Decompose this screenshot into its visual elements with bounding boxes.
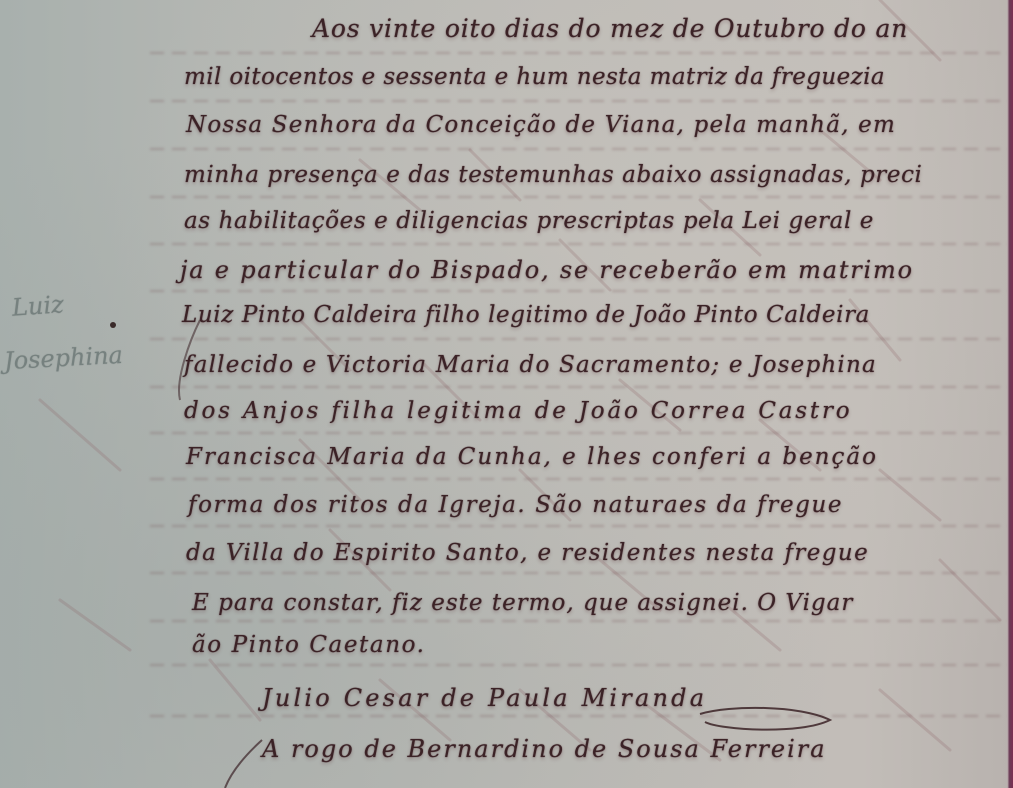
document-page: Luiz Josephina Aos vinte oito dias do me…: [0, 0, 1013, 788]
signature-flourish: [0, 0, 1013, 788]
page-edge: [1007, 0, 1013, 788]
